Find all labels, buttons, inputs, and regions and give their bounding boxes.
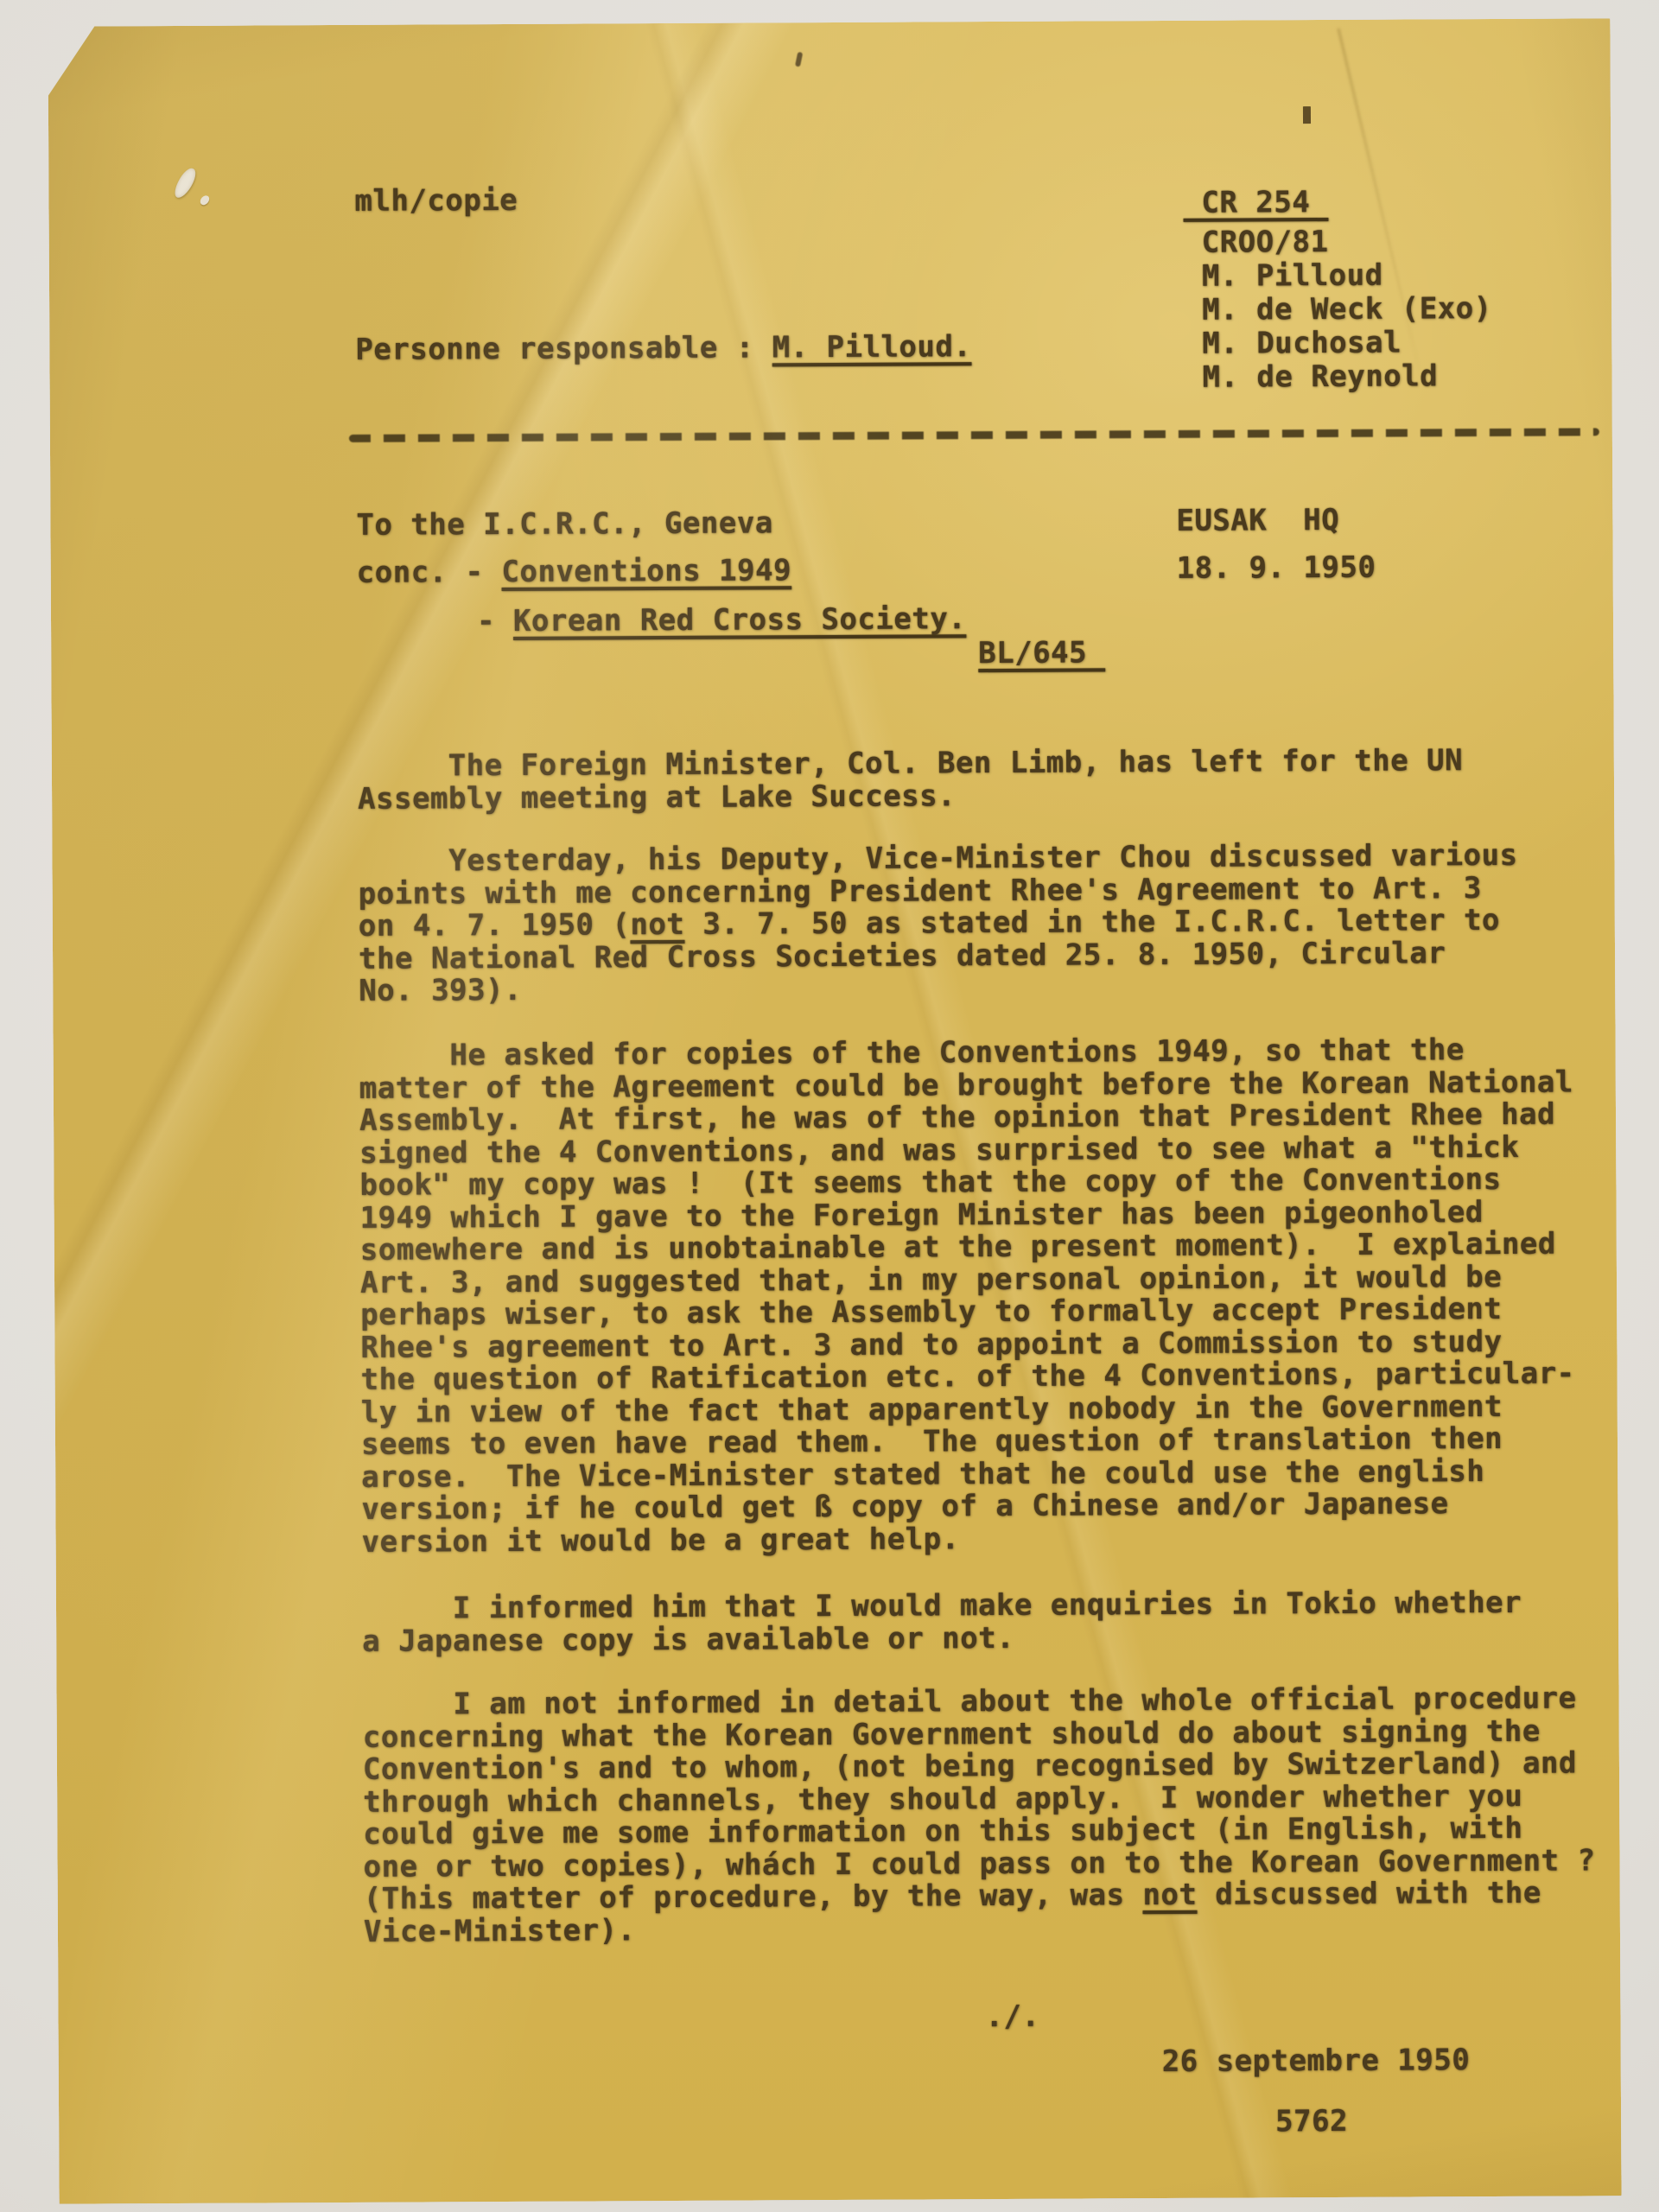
text-line: the National Red Cross Societies dated 2… bbox=[359, 937, 1518, 976]
continuation-mark: ./. bbox=[985, 1999, 1039, 2034]
document-paper: mlh/copie CR 254 CROO/81M. PilloudM. de … bbox=[48, 18, 1621, 2203]
text-line: M. Pilloud bbox=[1202, 258, 1492, 294]
text-line: a Japanese copy is available or not. bbox=[362, 1619, 1522, 1658]
text-line: version; if he could get ß copy of a Chi… bbox=[361, 1488, 1575, 1527]
responsible-person-line: Personne responsable : M. Pilloud. bbox=[355, 329, 971, 367]
paragraph-4: I informed him that I would make enquiri… bbox=[362, 1587, 1522, 1658]
signature-date: 26 septembre 1950 bbox=[1162, 2043, 1471, 2079]
subject-line-1: conc. - Conventions 1949 bbox=[357, 553, 791, 590]
addressee-line: To the I.C.R.C., Geneva bbox=[356, 505, 773, 543]
underlined-text: Korean Red Cross Society. bbox=[513, 601, 966, 639]
underlined-text: M. Pilloud. bbox=[772, 329, 972, 365]
document-number: CR 254 bbox=[1183, 185, 1328, 220]
ink-fleck bbox=[795, 52, 803, 67]
registry-number: 5762 bbox=[1275, 2104, 1348, 2139]
text-line: M. de Weck (Exo) bbox=[1202, 292, 1492, 327]
underlined-text: not bbox=[1142, 1878, 1197, 1912]
text-line: M. de Reynold bbox=[1202, 359, 1492, 395]
text-line: Assembly meeting at Lake Success. bbox=[358, 778, 1463, 816]
text-segment: - bbox=[477, 604, 513, 639]
underlined-text: not bbox=[630, 907, 684, 942]
paper-tear-speck bbox=[199, 194, 212, 207]
text-line: version it would be a great help. bbox=[362, 1520, 1576, 1559]
text-segment: Personne responsable : bbox=[355, 330, 772, 367]
scan-background: mlh/copie CR 254 CROO/81M. PilloudM. de … bbox=[0, 0, 1659, 2212]
file-reference: BL/645 bbox=[978, 635, 1105, 671]
text-line: M. Duchosal bbox=[1202, 326, 1492, 361]
text-segment: discussed with the bbox=[1197, 1876, 1541, 1912]
text-line: Vice-Minister). bbox=[364, 1910, 1596, 1948]
paper-tear-mark bbox=[172, 165, 199, 200]
text-line: (This matter of procedure, by the way, w… bbox=[364, 1877, 1596, 1916]
document-date: 18. 9. 1950 bbox=[1177, 550, 1376, 586]
typist-reference: mlh/copie bbox=[354, 183, 518, 219]
text-line: I informed him that I would make enquiri… bbox=[362, 1587, 1522, 1626]
paragraph-1: The Foreign Minister, Col. Ben Limb, has… bbox=[358, 745, 1464, 816]
underlined-text: Conventions 1949 bbox=[501, 553, 791, 589]
dashed-separator-line bbox=[349, 428, 1599, 442]
underlined-text: BL/645 bbox=[978, 635, 1105, 671]
paragraph-5: I am not informed in detail about the wh… bbox=[362, 1682, 1596, 1948]
text-segment: conc. - bbox=[357, 555, 502, 590]
text-segment: on 4. 7. 1950 ( bbox=[359, 907, 631, 944]
distribution-list: CROO/81M. PilloudM. de Weck (Exo)M. Duch… bbox=[1202, 225, 1493, 395]
stray-ink-mark bbox=[1303, 106, 1311, 124]
text-line: CROO/81 bbox=[1202, 225, 1492, 260]
origin-line: EUSAK HQ bbox=[1176, 503, 1339, 538]
paragraph-2: Yesterday, his Deputy, Vice-Minister Cho… bbox=[358, 840, 1518, 1008]
text-segment: (This matter of procedure, by the way, w… bbox=[364, 1878, 1143, 1916]
text-line: The Foreign Minister, Col. Ben Limb, has… bbox=[358, 745, 1463, 783]
paragraph-3: He asked for copies of the Conventions 1… bbox=[359, 1034, 1576, 1559]
underlined-text: CR 254 bbox=[1183, 185, 1328, 220]
subject-line-2: - Korean Red Cross Society. bbox=[477, 601, 966, 639]
